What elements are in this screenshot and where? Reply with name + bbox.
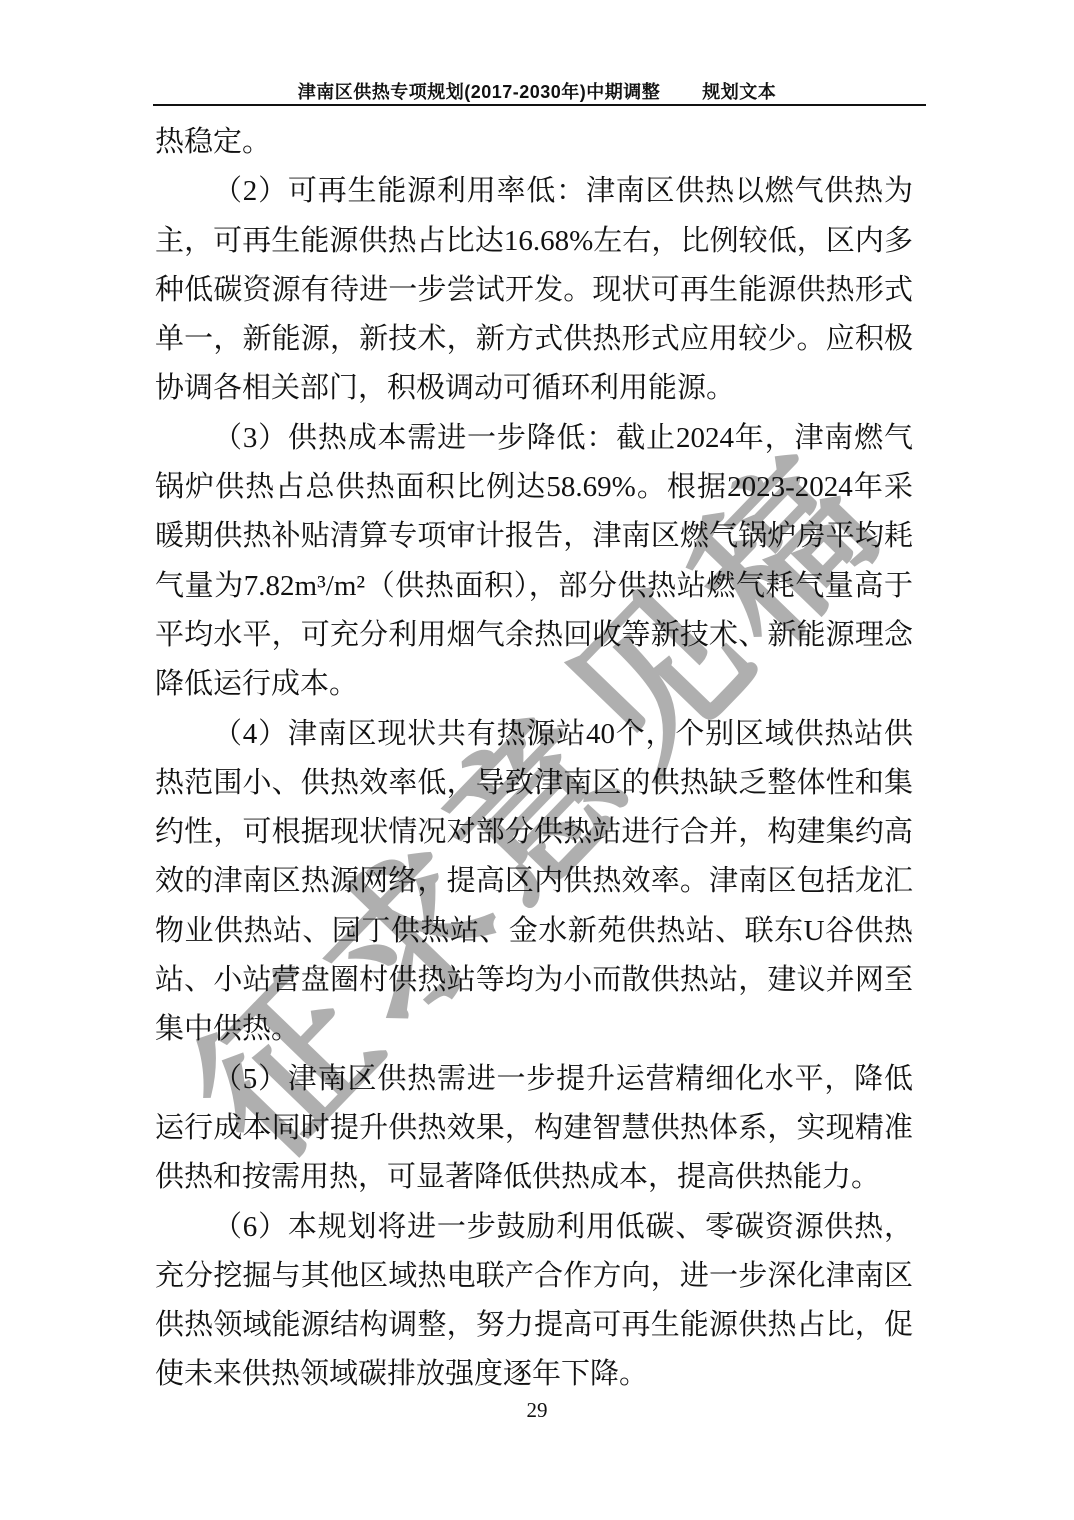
paragraph: （6）本规划将进一步鼓励利用低碳、零碳资源供热，充分挖掘与其他区域热电联产合作方… — [155, 1203, 913, 1400]
document-body: 热稳定。（2）可再生能源利用率低：津南区供热以燃气供热为主，可再生能源供热占比达… — [155, 118, 913, 1400]
paragraph: 热稳定。 — [155, 118, 913, 167]
page-header: 津南区供热专项规划(2017-2030年)中期调整规划文本 — [0, 78, 1074, 104]
paragraph: （5）津南区供热需进一步提升运营精细化水平，降低运行成本同时提升供热效果，构建智… — [155, 1055, 913, 1203]
page-number: 29 — [0, 1398, 1074, 1423]
paragraph: （4）津南区现状共有热源站40个，个别区域供热站供热范围小、供热效率低，导致津南… — [155, 710, 913, 1055]
paragraph: （2）可再生能源利用率低：津南区供热以燃气供热为主，可再生能源供热占比达16.6… — [155, 167, 913, 413]
paragraph: （3）供热成本需进一步降低：截止2024年，津南燃气锅炉供热占总供热面积比例达5… — [155, 414, 913, 710]
header-divider — [153, 104, 926, 106]
document-page: 津南区供热专项规划(2017-2030年)中期调整规划文本 征求意见稿 热稳定。… — [0, 0, 1074, 1520]
header-title: 津南区供热专项规划(2017-2030年)中期调整 — [298, 82, 661, 102]
header-doc-type: 规划文本 — [702, 82, 776, 102]
